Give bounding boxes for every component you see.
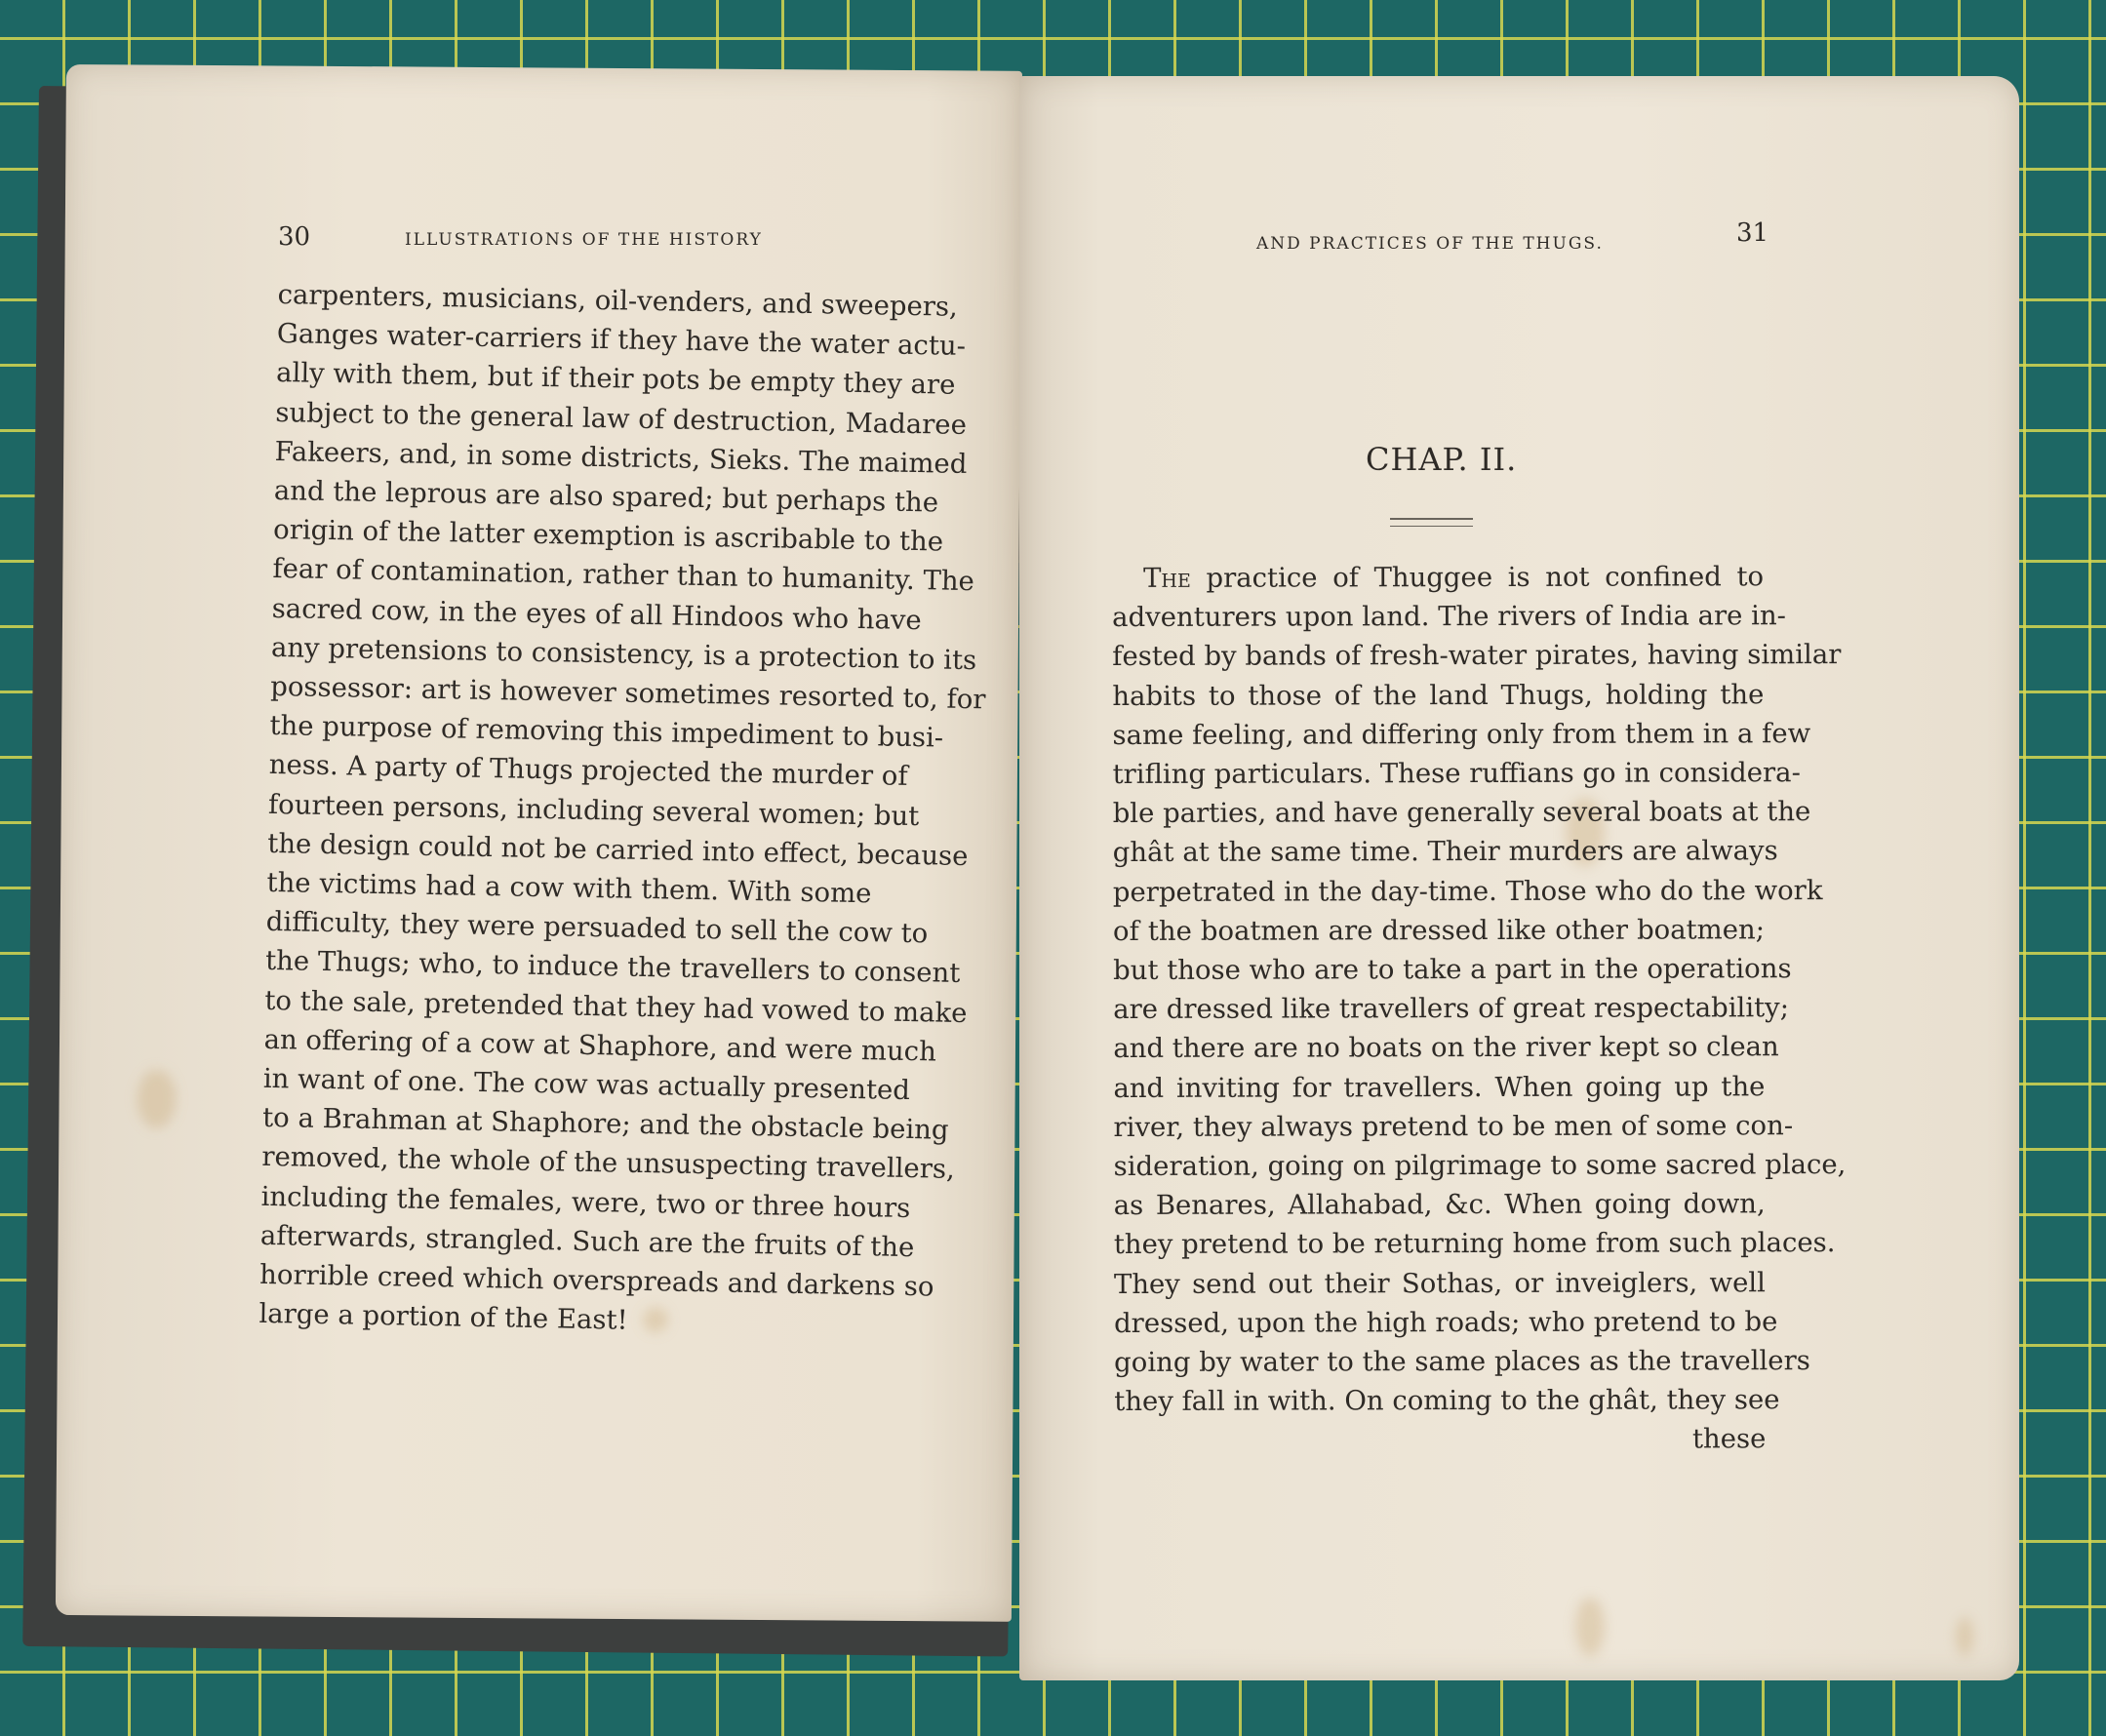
running-header-left: ILLUSTRATIONS OF THE HISTORY xyxy=(405,230,763,250)
text-line: as Benares, Allahabad, &c. When going do… xyxy=(1114,1184,1766,1225)
text-line: sideration, going on pilgrimage to some … xyxy=(1114,1145,1766,1186)
right-page-body: The practice of Thuggee is not confined … xyxy=(1112,557,1766,1460)
text-line: river, they always pretend to be men of … xyxy=(1113,1106,1765,1147)
first-word-smallcaps: The xyxy=(1112,563,1191,594)
first-line-rest: practice of Thuggee is not confined to xyxy=(1191,561,1764,594)
text-line: they fall in with. On coming to the ghât… xyxy=(1114,1381,1766,1422)
text-line: going by water to the same places as the… xyxy=(1114,1341,1766,1382)
text-line: trifling particulars. These ruffians go … xyxy=(1113,753,1765,794)
text-line: perpetrated in the day-time. Those who d… xyxy=(1113,871,1765,912)
text-line: are dressed like travellers of great res… xyxy=(1113,988,1765,1029)
page-number-right: 31 xyxy=(1736,218,1768,248)
text-line: adventurers upon land. The rivers of Ind… xyxy=(1112,596,1764,637)
text-line: habits to those of the land Thugs, holdi… xyxy=(1112,675,1764,716)
chapter-heading: CHAP. II. xyxy=(1366,441,1517,478)
text-line: ghât at the same time. Their murders are… xyxy=(1113,832,1765,873)
left-page-body: carpenters, musicians, oil-venders, and … xyxy=(258,275,883,1345)
foxing-stain xyxy=(1575,1598,1605,1656)
text-line: of the boatmen are dressed like other bo… xyxy=(1113,910,1765,951)
text-line: same feeling, and differing only from th… xyxy=(1112,714,1764,755)
text-line-first: The practice of Thuggee is not confined … xyxy=(1112,557,1764,598)
text-line: they pretend to be returning home from s… xyxy=(1114,1224,1766,1265)
text-line: fested by bands of fresh-water pirates, … xyxy=(1112,636,1764,677)
foxing-stain xyxy=(137,1070,176,1128)
catchword: these xyxy=(1114,1420,1766,1461)
text-line: They send out their Sothas, or inveigler… xyxy=(1114,1263,1766,1304)
text-line: ble parties, and have generally several … xyxy=(1113,792,1765,833)
text-line: but those who are to take a part in the … xyxy=(1113,949,1765,990)
running-header-right: AND PRACTICES OF THE THUGS. xyxy=(1256,234,1604,254)
text-line: and there are no boats on the river kept… xyxy=(1113,1028,1765,1069)
page-number-left: 30 xyxy=(278,222,310,252)
text-line: dressed, upon the high roads; who preten… xyxy=(1114,1302,1766,1343)
foxing-stain xyxy=(1956,1617,1973,1656)
chapter-double-rule xyxy=(1390,518,1473,527)
text-line: and inviting for travellers. When going … xyxy=(1113,1067,1765,1108)
